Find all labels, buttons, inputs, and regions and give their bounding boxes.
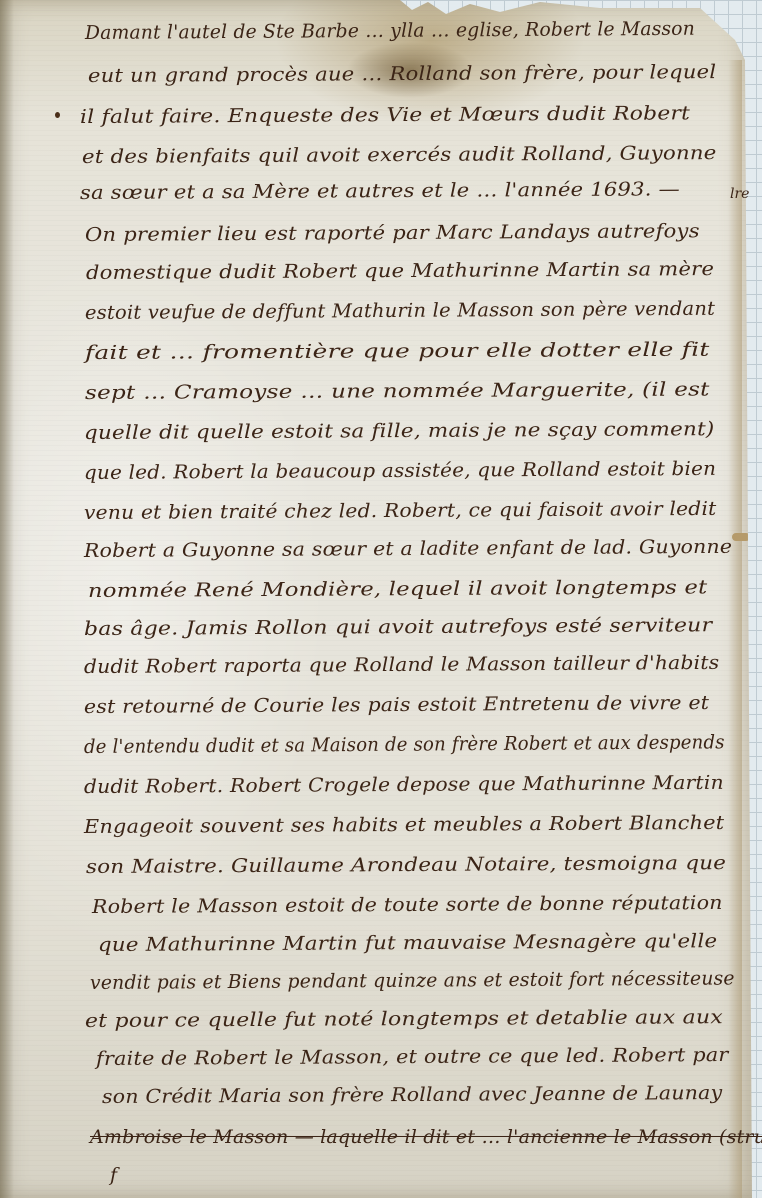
text-line: Damant l'autel de Ste Barbe … ylla … egl…	[85, 18, 695, 44]
text-line: nommée René Mondière, lequel il avoit lo…	[88, 576, 708, 602]
text-line: que led. Robert la beaucoup assistée, qu…	[84, 458, 716, 484]
text-line: venu et bien traité chez led. Robert, ce…	[84, 498, 717, 524]
text-line: domestique dudit Robert que Mathurinne M…	[86, 258, 714, 284]
text-line: fraite de Robert le Masson, et outre ce …	[96, 1044, 729, 1070]
text-line: quelle dit quelle estoit sa fille, mais …	[84, 418, 715, 444]
text-line: vendit pais et Biens pendant quinze ans …	[90, 967, 735, 994]
text-line: son Crédit Maria son frère Rolland avec …	[102, 1082, 723, 1108]
margin-note: lre	[730, 186, 749, 202]
text-line: bas âge. Jamis Rollon qui avoit autrefoy…	[84, 614, 712, 640]
text-line: de l'entendu dudit et sa Maison de son f…	[84, 731, 725, 758]
text-line: Robert a Guyonne sa sœur et a ladite enf…	[84, 536, 732, 562]
text-line: que Mathurinne Martin fut mauvaise Mesna…	[98, 930, 717, 956]
text-line: Robert le Masson estoit de toute sorte d…	[92, 892, 723, 918]
text-line: estoit veufue de deffunt Mathurin le Mas…	[85, 298, 715, 324]
text-line: eut un grand procès aue … Rolland son fr…	[88, 61, 716, 87]
text-line: est retourné de Courie les pais estoit E…	[84, 692, 709, 718]
text-line: son Maistre. Guillaume Arondeau Notaire,…	[86, 852, 726, 878]
text-line: dudit Robert. Robert Crogele depose que …	[84, 772, 724, 798]
text-line-fragment: f	[110, 1164, 117, 1186]
struck-text-line: Ambroise le Masson — laquelle il dit et …	[90, 1126, 762, 1148]
text-line: fait et … fromentière que pour elle dott…	[85, 339, 710, 364]
manuscript-text-block: Damant l'autel de Ste Barbe … ylla … egl…	[0, 0, 762, 1198]
text-line: sa sœur et a sa Mère et autres et le … l…	[80, 178, 680, 204]
text-line: il falut faire. Enqueste des Vie et Mœur…	[80, 102, 690, 128]
text-line: sept … Cramoyse … une nommée Marguerite,…	[85, 378, 710, 404]
text-line: et des bienfaits quil avoit exercés audi…	[82, 142, 717, 168]
text-line: On premier lieu est raporté par Marc Lan…	[85, 220, 700, 246]
text-line: et pour ce quelle fut noté longtemps et …	[85, 1006, 723, 1032]
text-line: Engageoit souvent ses habits et meubles …	[84, 812, 724, 838]
text-line: dudit Robert raporta que Rolland le Mass…	[84, 652, 719, 678]
